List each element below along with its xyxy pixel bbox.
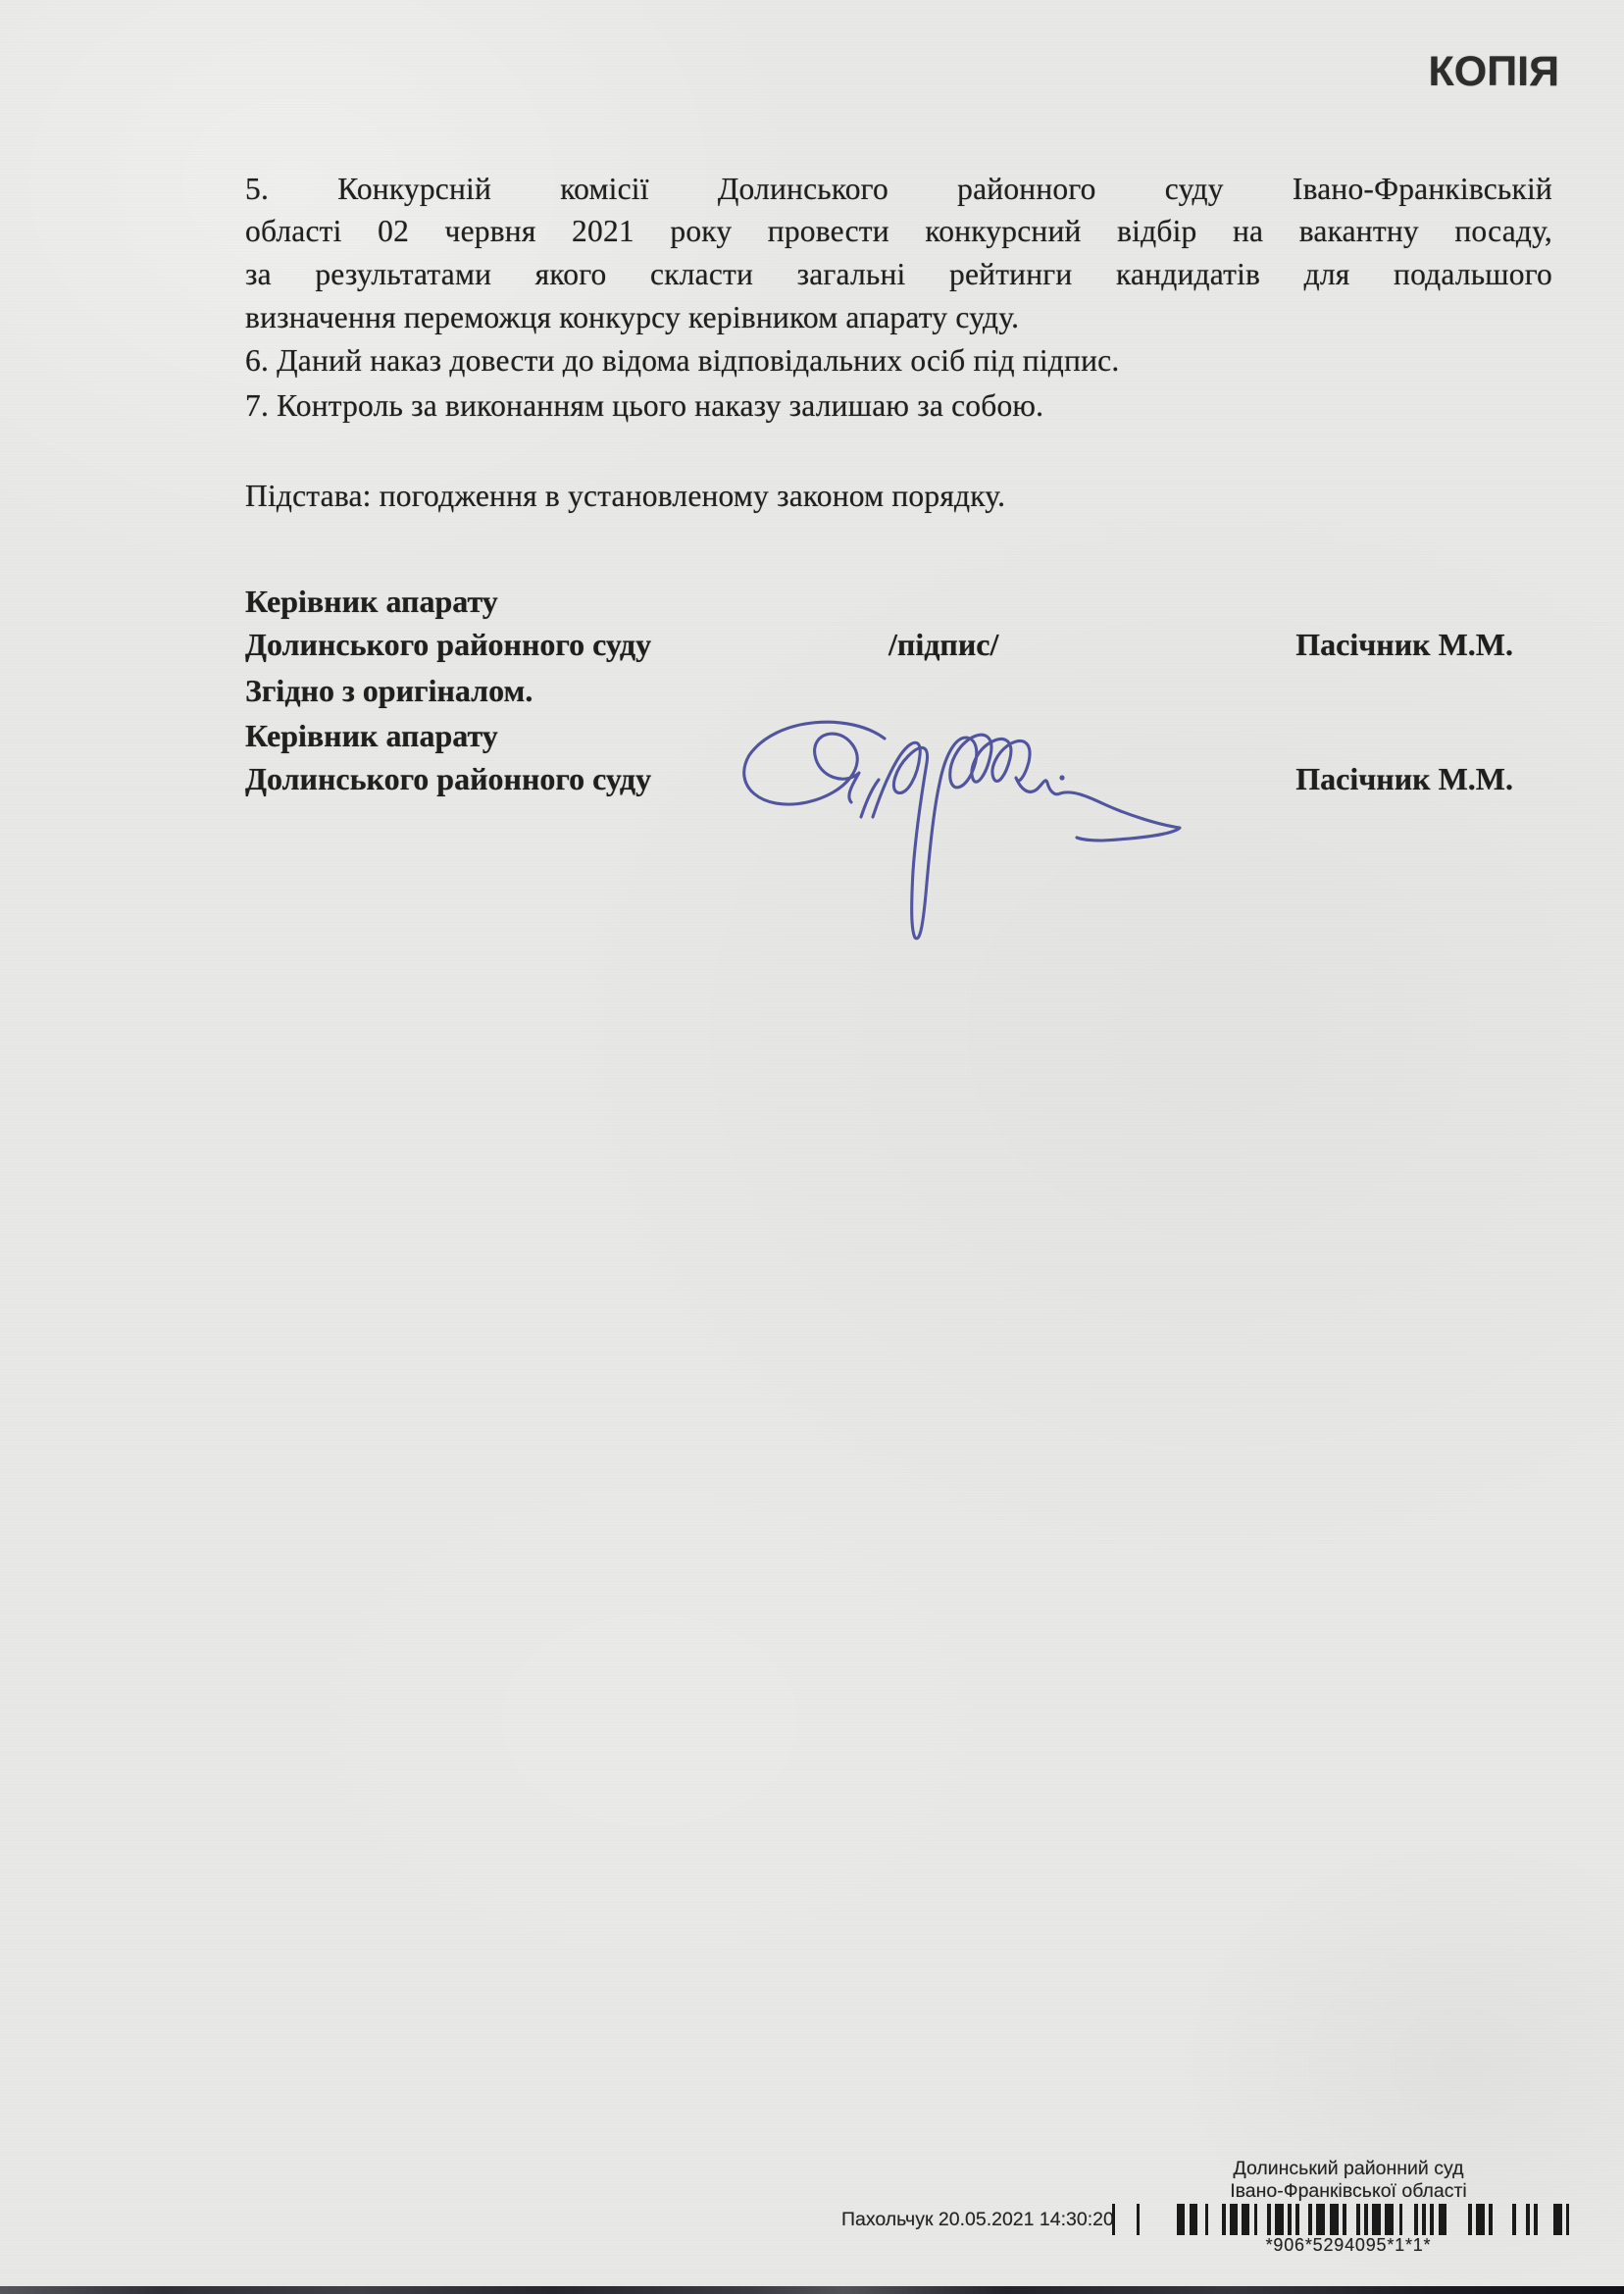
- barcode-bar: [1295, 2204, 1299, 2235]
- barcode-bar: [1439, 2204, 1446, 2235]
- paragraph-7: 7. Контроль за виконанням цього наказу з…: [245, 389, 1552, 424]
- barcode-bar: [1476, 2204, 1485, 2235]
- barcode-bar: [1288, 2204, 1292, 2235]
- barcode-bar: [1222, 2204, 1226, 2235]
- signatory-name-1: Пасічник М.М.: [1219, 629, 1513, 662]
- barcode-bar: [1137, 2204, 1140, 2235]
- barcode-bar: [1489, 2204, 1493, 2235]
- signatory-role-2: Керівник апарату: [245, 720, 498, 753]
- barcode-bar: [1566, 2204, 1569, 2235]
- footer-court-name-line-2: Івано-Франківської області: [1133, 2180, 1564, 2203]
- barcode-bar: [1364, 2204, 1368, 2235]
- barcode-bar: [1242, 2204, 1249, 2235]
- barcode-bar: [1254, 2204, 1257, 2235]
- barcode-bar: [1330, 2204, 1339, 2235]
- signatory-role-1: Керівник апарату: [245, 586, 498, 619]
- barcode-bar: [1414, 2204, 1418, 2235]
- signatory-org-2: Долинського районного суду: [245, 763, 651, 796]
- barcode-bar: [1430, 2204, 1434, 2235]
- barcode-bar: [1275, 2204, 1284, 2235]
- barcode-bar: [1385, 2204, 1394, 2235]
- barcode-bar: [1343, 2204, 1346, 2235]
- barcode-bar: [1534, 2204, 1538, 2235]
- barcode-bar: [1205, 2204, 1208, 2235]
- signatory-name-2: Пасічник М.М.: [1219, 763, 1513, 796]
- basis-line: Підстава: погодження в установленому зак…: [245, 480, 1552, 514]
- footer-operator-stamp: Пахольчук 20.05.2021 14:30:20: [841, 2209, 1114, 2231]
- barcode-bar: [1526, 2204, 1530, 2235]
- barcode-bar: [1316, 2204, 1325, 2235]
- paragraph-5-line-4: визначення переможця конкурсу керівником…: [245, 301, 1552, 335]
- footer-court-name: Долинський районний суд Івано-Франківськ…: [1133, 2158, 1564, 2203]
- paragraph-5-line-2: області 02 червня 2021 року провести кон…: [245, 215, 1552, 249]
- barcode-bar: [1422, 2204, 1426, 2235]
- copy-stamp: КОПІЯ: [1363, 51, 1559, 93]
- footer-court-name-line-1: Долинський районний суд: [1133, 2158, 1564, 2180]
- paragraph-5-line-1: 5. Конкурсній комісії Долинського районн…: [245, 173, 1552, 207]
- barcode-bar: [1468, 2204, 1472, 2235]
- barcode-bar: [1553, 2204, 1562, 2235]
- scan-edge-line: [0, 2286, 1624, 2294]
- signatory-org-1: Долинського районного суду: [245, 629, 651, 662]
- barcode-bar: [1308, 2204, 1312, 2235]
- paragraph-6: 6. Даний наказ довести до відома відпові…: [245, 344, 1552, 379]
- barcode-bar: [1512, 2204, 1516, 2235]
- scanned-document-page: КОПІЯ 5. Конкурсній комісії Долинського …: [0, 0, 1624, 2294]
- barcode-bar: [1399, 2204, 1402, 2235]
- barcode-bar: [1190, 2204, 1197, 2235]
- barcode-bar: [1372, 2204, 1381, 2235]
- paragraph-5-line-3: за результатами якого скласти загальні р…: [245, 258, 1552, 292]
- certification-line: Згідно з оригіналом.: [245, 675, 533, 708]
- barcode: [1112, 2204, 1569, 2235]
- barcode-bar: [1267, 2204, 1271, 2235]
- barcode-bar: [1112, 2204, 1115, 2235]
- barcode-bar: [1356, 2204, 1360, 2235]
- barcode-bar: [1177, 2204, 1185, 2235]
- barcode-bar: [1230, 2204, 1238, 2235]
- barcode-value: *906*5294095*1*1*: [1133, 2235, 1564, 2256]
- signature-placeholder: /підпис/: [888, 629, 998, 662]
